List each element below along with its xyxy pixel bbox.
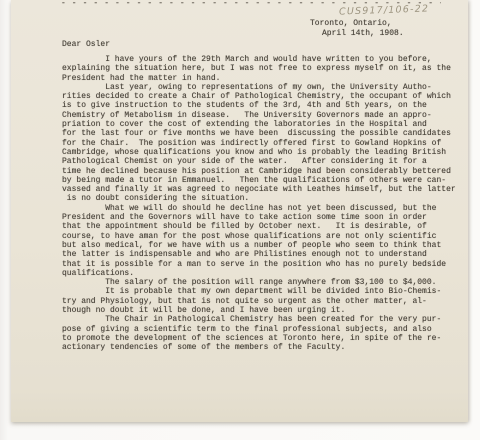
letter-paper: - - - - - - - - - - - - - - - - - - - - … xyxy=(11,0,468,422)
paragraph-4: The salary of the position will range an… xyxy=(62,278,464,287)
archival-annotation: CUS917/106-22 xyxy=(339,3,430,17)
scan-background: - - - - - - - - - - - - - - - - - - - - … xyxy=(0,0,480,440)
paragraph-1: I have yours of the 29th March and would… xyxy=(62,55,464,83)
paragraph-5: It is probable that my own department wi… xyxy=(62,287,464,315)
salutation: Dear Osler xyxy=(62,40,110,49)
paragraph-2: Last year, owing to representations of m… xyxy=(62,83,464,204)
dateline-place: Toronto, Ontario, xyxy=(310,19,392,28)
letter-body: I have yours of the 29th March and would… xyxy=(62,55,464,353)
dateline-date: April 14th, 1908. xyxy=(322,29,404,38)
paragraph-6: The Chair in Pathological Chemistry has … xyxy=(62,315,464,352)
paragraph-3: What we will do should he decline has no… xyxy=(62,204,464,278)
